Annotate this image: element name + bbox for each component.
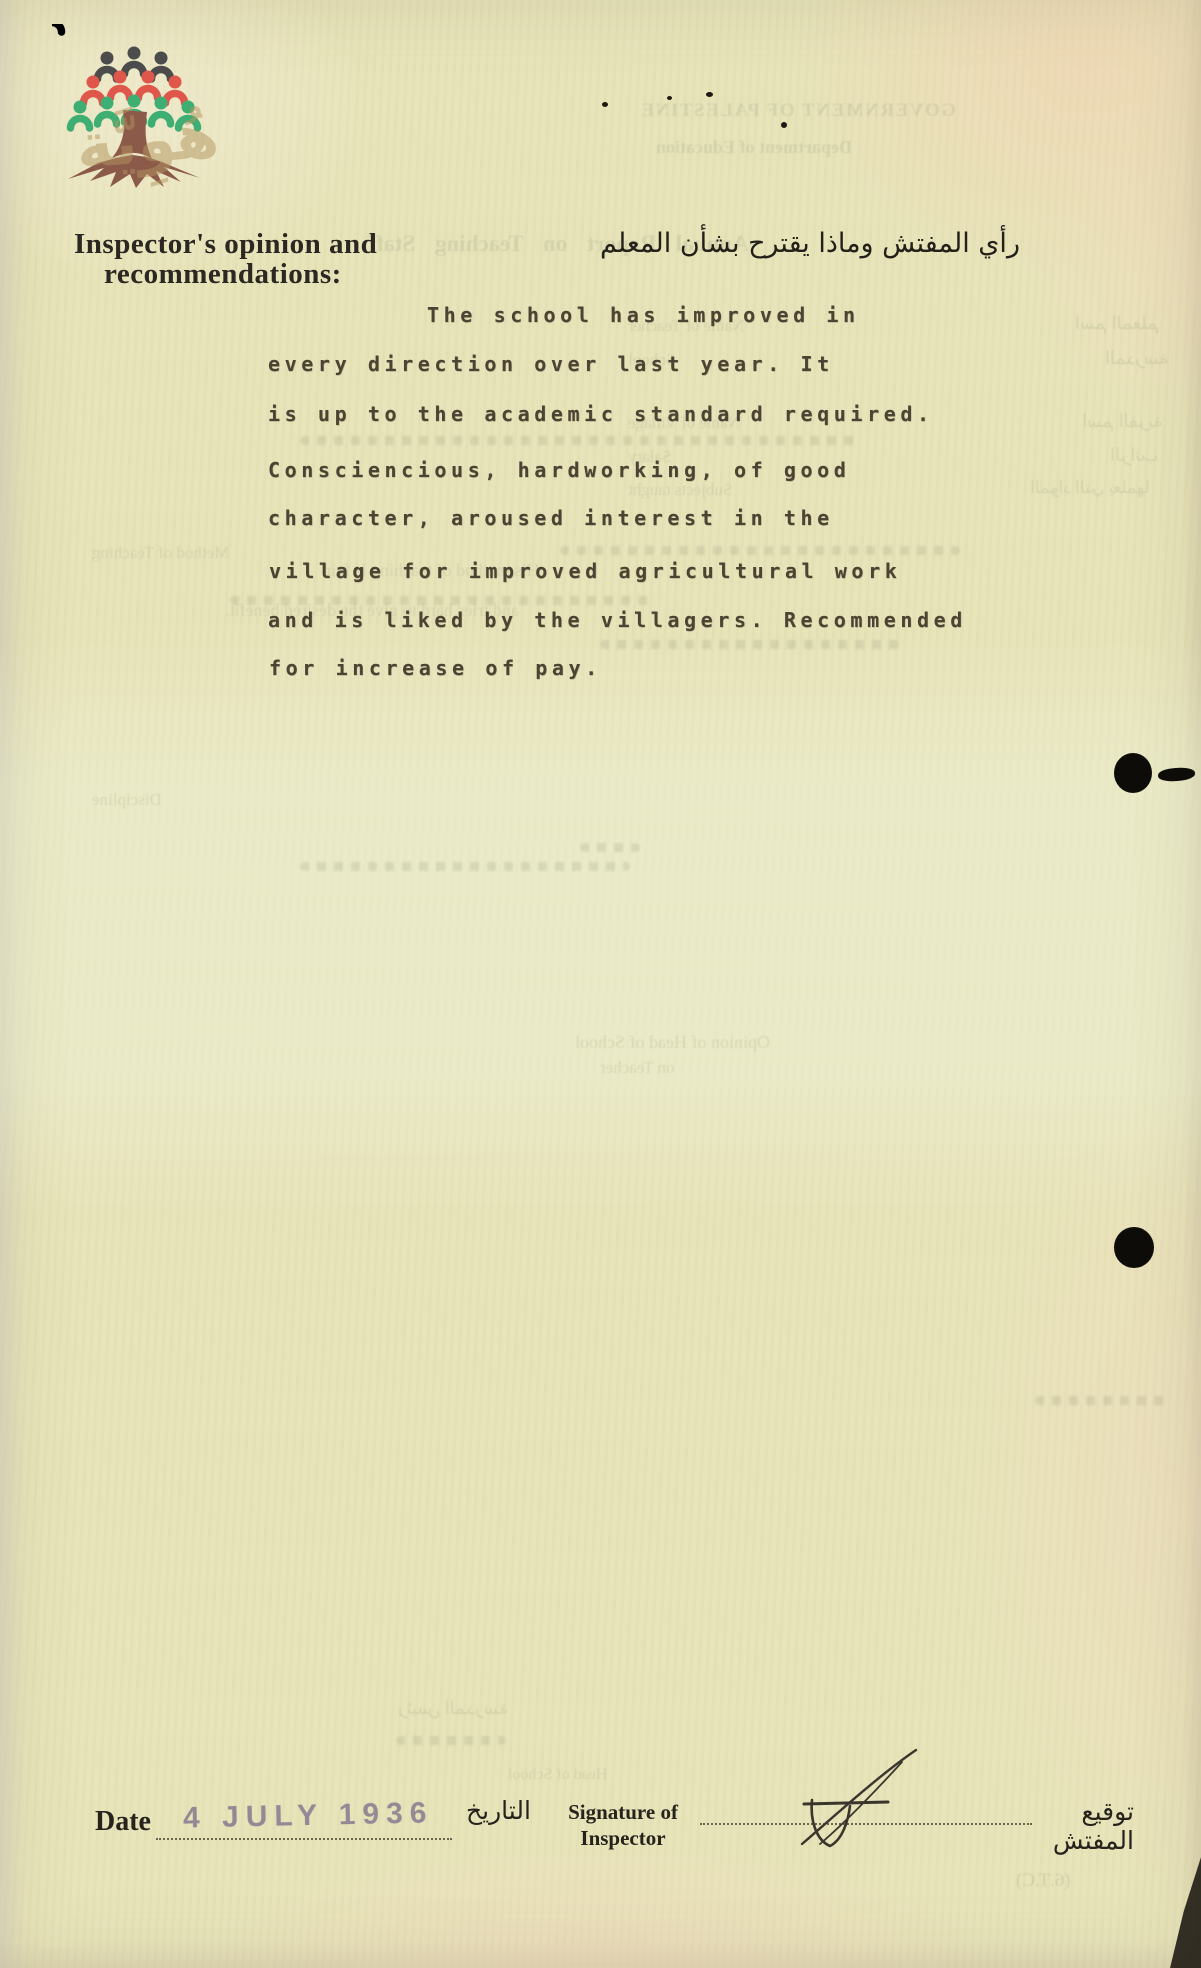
bleed-through-text-arabic: رئيس المدرسة [398, 1698, 508, 1719]
inspector-opinion-heading-line2: recommendations: [104, 258, 342, 291]
bleed-through-text: Head of School [508, 1766, 608, 1784]
bleed-through-text: GOVERNMENT OF PALESTINE [640, 100, 956, 122]
date-label: Date [95, 1806, 151, 1838]
paper-speck [667, 96, 672, 100]
bleed-through-text: on Teacher [600, 1058, 674, 1078]
bleed-through-text-arabic: الراتب [1110, 445, 1158, 466]
ink-blot-small [1158, 767, 1196, 783]
bleed-through-text: Discipline [92, 790, 162, 810]
ghost-text-line [230, 596, 650, 605]
bleed-through-text-arabic: اسم القرية [1082, 411, 1163, 432]
inspector-signature [790, 1748, 920, 1858]
typewritten-line: for increase of pay. [269, 656, 602, 680]
typewritten-line: character, aroused interest in the [268, 506, 834, 530]
ink-blot [1114, 753, 1152, 793]
date-dotted-rule [156, 1838, 452, 1840]
ghost-text-line [1035, 1396, 1165, 1405]
scanned-document-page: هُوِيَّة GOVERNMENT OF PALESTINE Departm… [0, 0, 1201, 1968]
bleed-through-text-arabic: المدرسة [1105, 348, 1169, 369]
bleed-through-text: Opinion of Head of School [575, 1032, 770, 1053]
paper-speck [706, 92, 713, 97]
date-stamp: 4 JULY 1936 [183, 1796, 434, 1835]
typewritten-line: is up to the academic standard required. [268, 402, 934, 426]
ghost-text-line [580, 843, 640, 852]
typewritten-line: and is liked by the villagers. Recommend… [268, 608, 967, 632]
paper-speck [781, 122, 787, 128]
typewritten-line: village for improved agricultural work [269, 559, 901, 583]
inspector-opinion-heading-arabic: رأي المفتش وماذا يقترح بشأن المعلم [600, 228, 906, 259]
signature-label-line2: Inspector [545, 1826, 701, 1851]
ghost-text-line [300, 436, 860, 445]
bleed-through-text-arabic: المواد التي يعلمها [1030, 478, 1150, 498]
date-label-arabic: التاريخ [466, 1796, 531, 1825]
bleed-through-text: Subjects taught [628, 480, 732, 500]
ghost-text-line [300, 862, 630, 871]
typewritten-line: every direction over last year. It [268, 352, 834, 376]
inspector-opinion-heading-line1: Inspector's opinion and [74, 228, 377, 261]
ghost-text-line [396, 1736, 506, 1745]
page-corner-shadow [1165, 1850, 1201, 1968]
ghost-text-line [560, 546, 960, 555]
typewritten-line: The school has improved in [427, 303, 860, 327]
ghost-text-line [600, 640, 900, 649]
signature-label-arabic: توقيع المفتش [1000, 1797, 1134, 1855]
signature-label-line1: Signature of [545, 1800, 701, 1825]
paper-speck [602, 102, 608, 107]
typewritten-line: Consciencious, hardworking, of good [268, 458, 850, 482]
bleed-through-text-arabic: اسم المعلم [1075, 313, 1159, 334]
ink-blot [1114, 1227, 1154, 1268]
identity-watermark-arabic: هُوِيَّة [73, 98, 222, 183]
bleed-through-text: Method of Teaching [92, 543, 229, 563]
bleed-through-text: Department of Education [656, 137, 852, 158]
bleed-through-text: (6.T.C) [1016, 1870, 1071, 1892]
